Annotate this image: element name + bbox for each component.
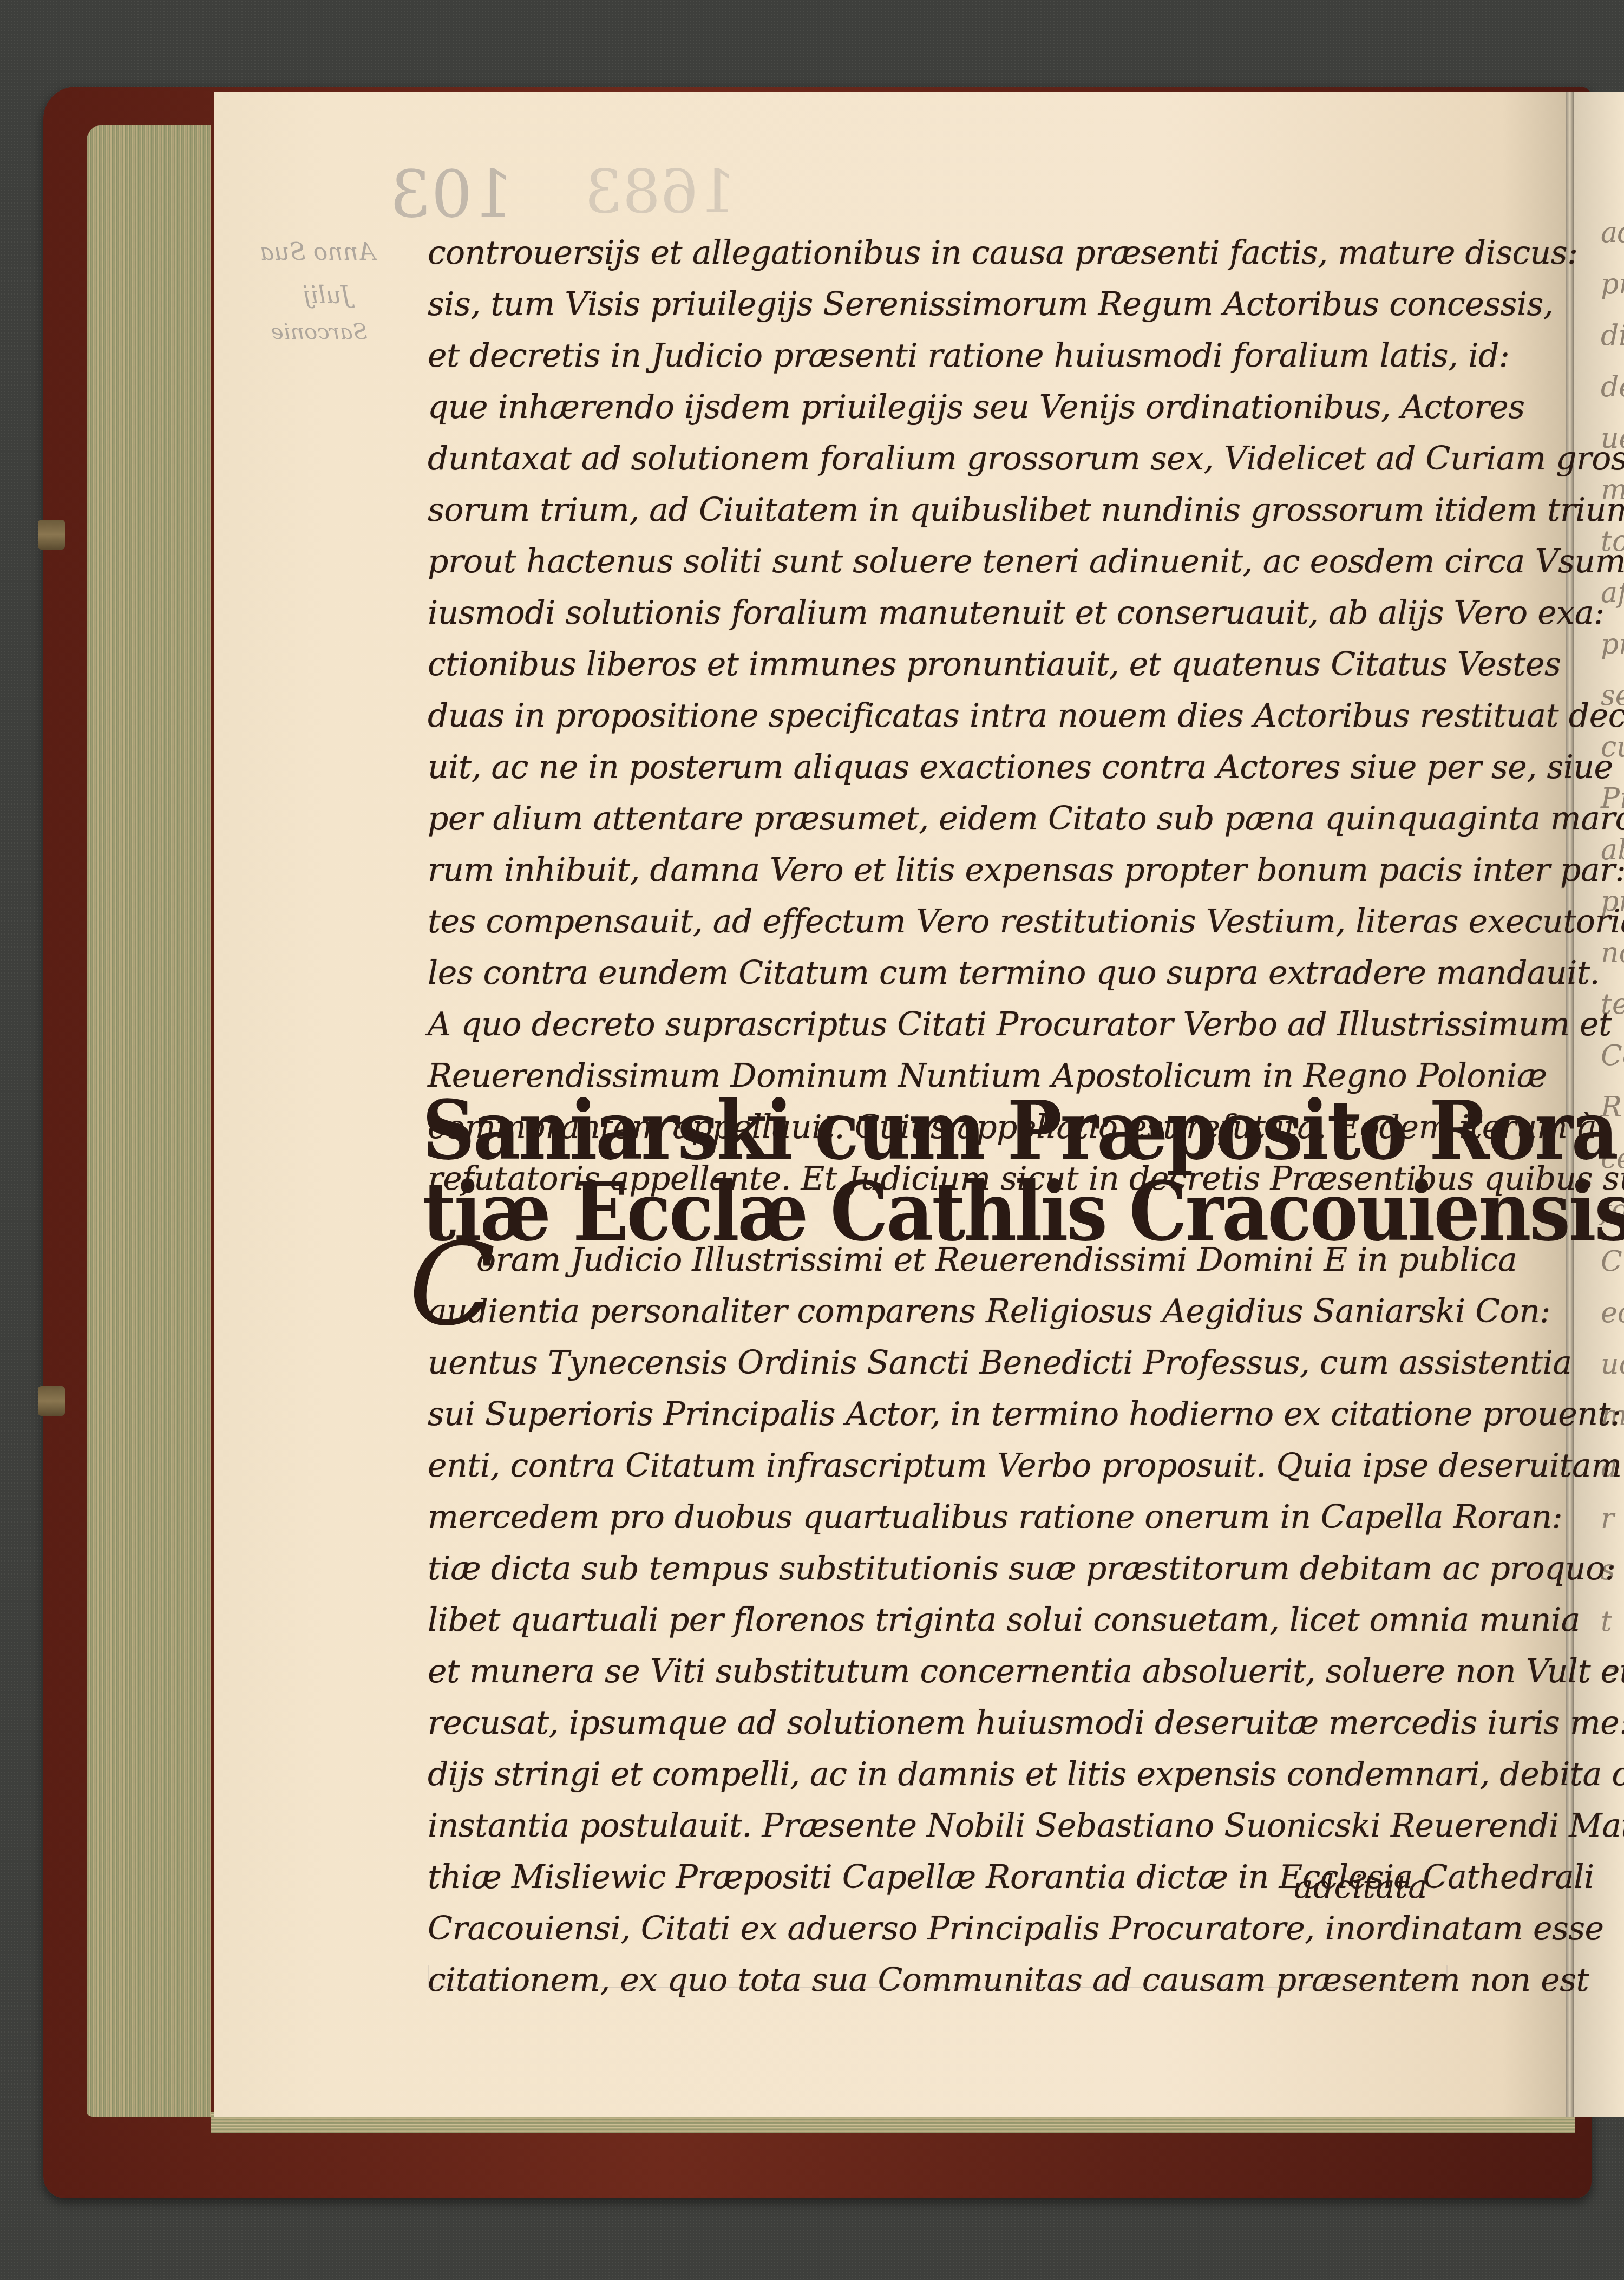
facing-page-fragment: Co <box>1601 1040 1624 1072</box>
text-line: rum inhibuit, damna Vero et litis expens… <box>428 845 1445 896</box>
facing-page-fragment: pro <box>1601 628 1624 661</box>
text-line: sui Superioris Principalis Actor, in ter… <box>428 1389 1445 1440</box>
pencil-note-3: Sarconie <box>271 319 368 344</box>
text-line: prout hactenus soliti sunt soluere tener… <box>428 536 1445 587</box>
pencil-note-1: Anno Sua <box>260 238 376 266</box>
facing-page-fragment: r <box>1601 1502 1614 1535</box>
folio-stamp-mirrored: 1683 <box>585 157 736 226</box>
text-line: per alium attentare præsumet, eidem Cita… <box>428 793 1445 845</box>
facing-page-fragment: uc <box>1601 1348 1624 1381</box>
text-line: sorum trium, ad Ciuitatem in quibuslibet… <box>428 485 1445 536</box>
text-line: Cracouiensi, Citati ex aduerso Principal… <box>428 1903 1445 1955</box>
text-line: A quo decreto suprascriptus Citati Procu… <box>428 999 1445 1050</box>
text-line: mercedem pro duobus quartualibus ratione… <box>428 1492 1445 1543</box>
facing-page-fragment: pran <box>1601 268 1624 300</box>
page-edges <box>87 125 211 2117</box>
text-line: enti, contra Citatum infrascriptum Verbo… <box>428 1440 1445 1492</box>
text-line: duntaxat ad solutionem foralium grossoru… <box>428 433 1445 485</box>
catchword: adcitata <box>1294 1868 1427 1906</box>
text-line: uentus Tynecensis Ordinis Sancti Benedic… <box>428 1337 1445 1389</box>
pencil-note-2: Julij <box>303 282 351 309</box>
clasp-bottom <box>38 1386 65 1416</box>
text-line: tes compensauit, ad effectum Vero restit… <box>428 896 1445 948</box>
facing-page-fragment: eo <box>1601 1297 1624 1329</box>
facing-page-fragment: ado <box>1601 217 1624 249</box>
text-line: tiæ dicta sub tempus substitutionis suæ … <box>428 1543 1445 1595</box>
facing-page-fragment: nor <box>1601 937 1624 969</box>
text-line: et decretis in Judicio præsenti ratione … <box>428 330 1445 382</box>
paragraph-1: controuersijs et allegationibus in causa… <box>428 227 1445 1205</box>
text-line: les contra eundem Citatum cum termino qu… <box>428 948 1445 999</box>
facing-page-fragment: t <box>1601 1605 1612 1638</box>
clasp-top <box>38 520 65 550</box>
text-line: que inhærendo ijsdem priuilegijs seu Ven… <box>428 382 1445 433</box>
text-line: iusmodi solutionis foralium manutenuit e… <box>428 587 1445 639</box>
folio-number-mirrored: 103 <box>390 157 514 232</box>
text-line: libet quartuali per florenos triginta so… <box>428 1595 1445 1646</box>
text-line: instantia postulauit. Præsente Nobili Se… <box>428 1800 1445 1852</box>
facing-page-fragment: dish <box>1601 319 1624 352</box>
text-line: audientia personaliter comparens Religio… <box>428 1286 1445 1337</box>
pencil-ruling <box>428 1965 1448 1988</box>
text-line: recusat, ipsumque ad solutionem huiusmod… <box>428 1697 1445 1749</box>
text-line: oram Judicio Illustrissimi et Reuerendis… <box>476 1234 1445 1286</box>
text-line: dijs stringi et compelli, ac in damnis e… <box>428 1749 1445 1800</box>
facing-page-fragment: decr <box>1601 371 1624 403</box>
text-line: ctionibus liberos et immunes pronuntiaui… <box>428 639 1445 690</box>
text-line: duas in propositione specificatas intra … <box>428 690 1445 742</box>
text-line: et munera se Viti substitutum concernent… <box>428 1646 1445 1697</box>
text-line: controuersijs et allegationibus in causa… <box>428 227 1445 279</box>
text-line: thiæ Misliewic Præpositi Capellæ Roranti… <box>428 1852 1445 1903</box>
text-line: sis, tum Visis priuilegijs Serenissimoru… <box>428 279 1445 330</box>
text-line: uit, ac ne in posterum aliquas exactione… <box>428 742 1445 793</box>
